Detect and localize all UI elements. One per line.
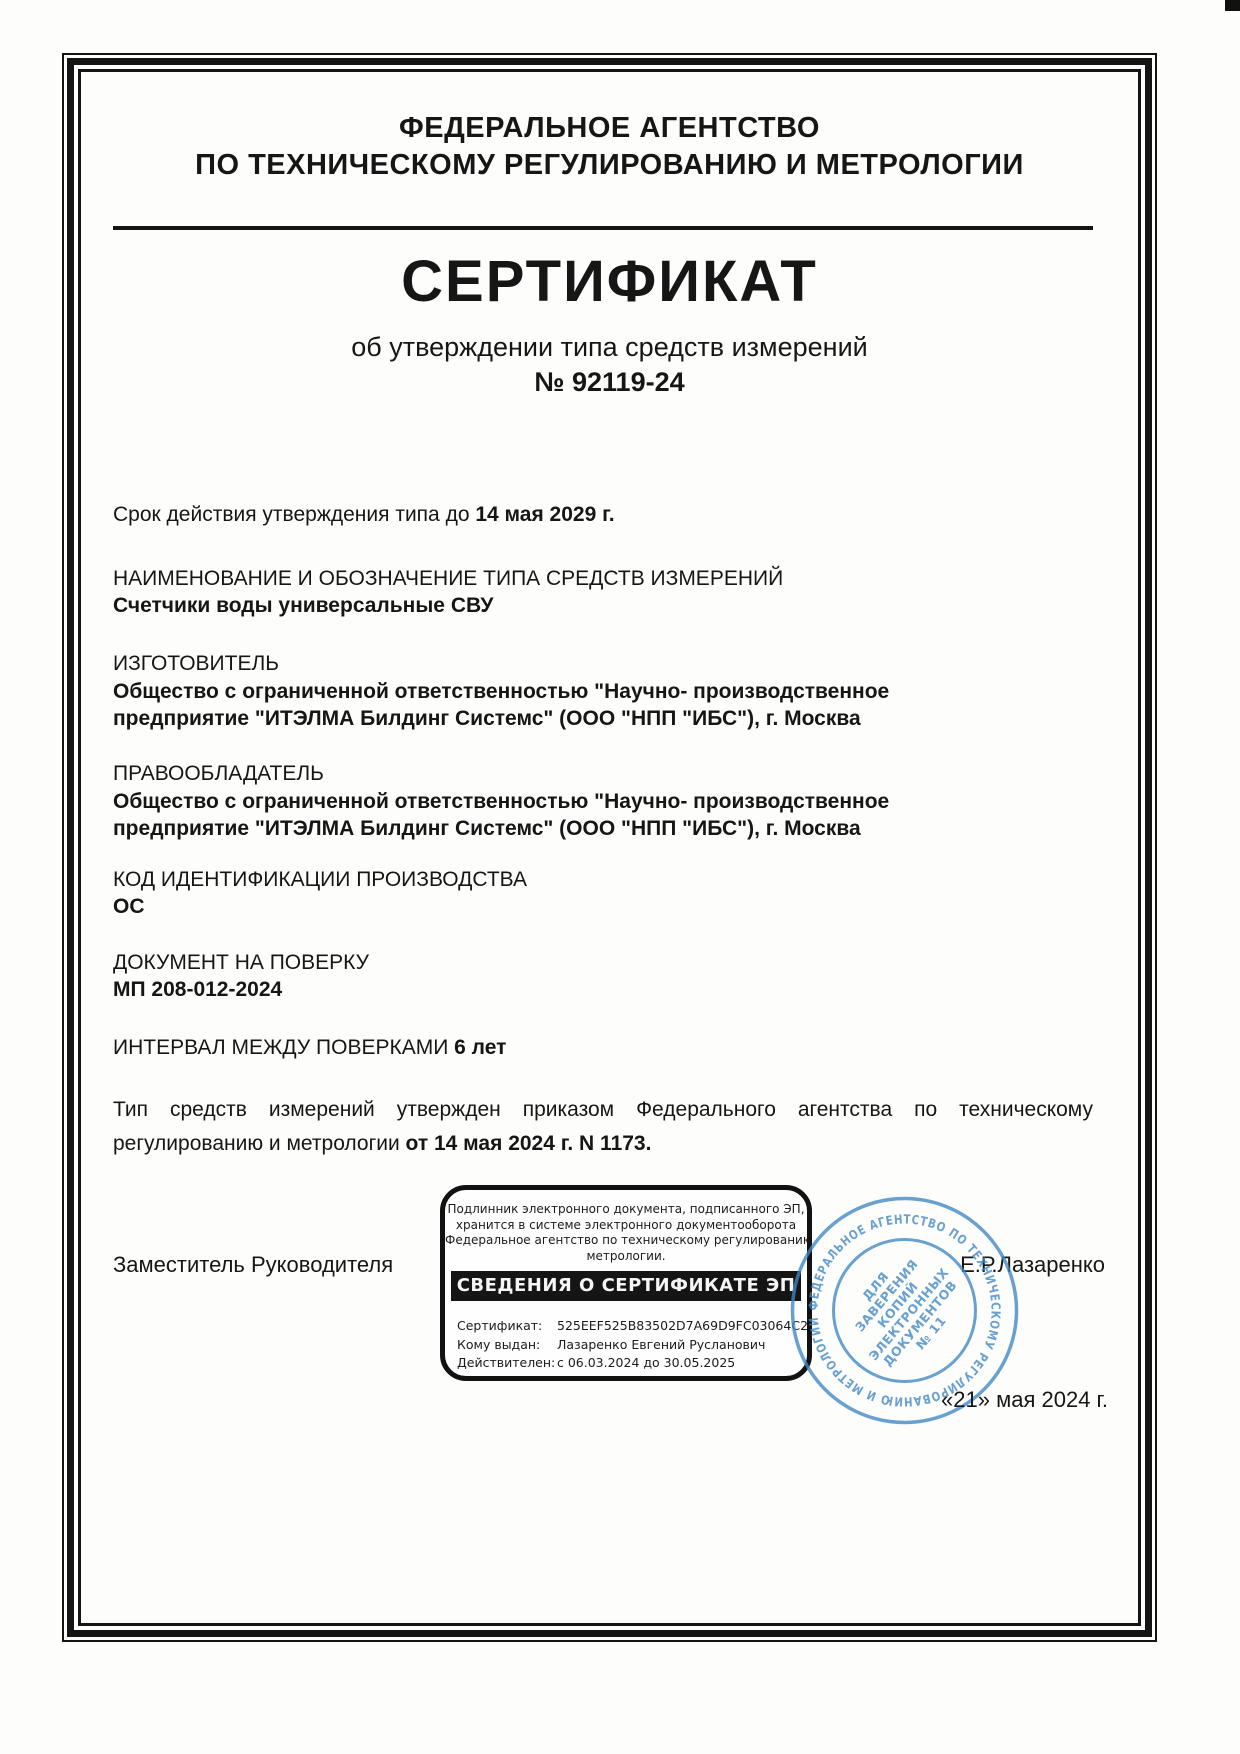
rightholder-line2: предприятие "ИТЭЛМА Билдинг Системс" (ОО… bbox=[113, 815, 1093, 842]
esignature-notice-line1: Подлинник электронного документа, подпис… bbox=[445, 1202, 807, 1218]
interval-value: 6 лет bbox=[454, 1036, 506, 1059]
esignature-notice-line4: метрологии. bbox=[445, 1249, 807, 1265]
esignature-notice-line3: Федеральное агентство по техническому ре… bbox=[445, 1233, 807, 1249]
scan-artifact-mark bbox=[1225, 0, 1240, 11]
esignature-row-valid: Действителен: с 06.03.2024 до 30.05.2025 bbox=[457, 1354, 807, 1373]
validity-line: Срок действия утверждения типа до 14 мая… bbox=[113, 501, 1093, 528]
agency-name-line1: ФЕДЕРАЛЬНОЕ АГЕНТСТВО bbox=[62, 112, 1157, 145]
section-value-rightholder: Общество с ограниченной ответственностью… bbox=[113, 788, 1093, 842]
section-label-verification-doc: ДОКУМЕНТ НА ПОВЕРКУ bbox=[113, 949, 1093, 976]
valid-period-label: Действителен: bbox=[457, 1354, 557, 1373]
esignature-notice-line2: хранится в системе электронного документ… bbox=[445, 1218, 807, 1234]
verification-interval-line: ИНТЕРВАЛ МЕЖДУ ПОВЕРКАМИ 6 лет bbox=[113, 1034, 1093, 1061]
esignature-notice: Подлинник электронного документа, подпис… bbox=[445, 1202, 807, 1264]
issued-to-label: Кому выдан: bbox=[457, 1336, 557, 1355]
esignature-info-box: Подлинник электронного документа, подпис… bbox=[440, 1185, 812, 1381]
certificate-page: ФЕДЕРАЛЬНОЕ АГЕНТСТВО ПО ТЕХНИЧЕСКОМУ РЕ… bbox=[0, 0, 1240, 1754]
certificate-id-value: 525EEF525B83502D7A69D9FC03064C2A bbox=[557, 1317, 812, 1336]
manufacturer-line2: предприятие "ИТЭЛМА Билдинг Системс" (ОО… bbox=[113, 705, 1093, 732]
esignature-row-certificate: Сертификат: 525EEF525B83502D7A69D9FC0306… bbox=[457, 1317, 807, 1336]
certificate-content: ФЕДЕРАЛЬНОЕ АГЕНТСТВО ПО ТЕХНИЧЕСКОМУ РЕ… bbox=[0, 0, 1240, 1754]
section-label-production-code: КОД ИДЕНТИФИКАЦИИ ПРОИЗВОДСТВА bbox=[113, 866, 1093, 893]
section-label-manufacturer: ИЗГОТОВИТЕЛЬ bbox=[113, 650, 1093, 677]
order-paragraph-line1: ТипсредствизмеренийутвержденприказомФеде… bbox=[113, 1098, 1093, 1122]
order-date-number: от 14 мая 2024 г. N 1173. bbox=[406, 1132, 652, 1155]
rightholder-line1: Общество с ограниченной ответственностью… bbox=[113, 788, 1093, 815]
signature-date: «21» мая 2024 г. bbox=[941, 1387, 1108, 1413]
header-divider bbox=[113, 226, 1093, 230]
section-value-designation: Счетчики воды универсальные СВУ bbox=[113, 592, 1093, 619]
section-label-rightholder: ПРАВООБЛАДАТЕЛЬ bbox=[113, 760, 1093, 787]
interval-text: ИНТЕРВАЛ МЕЖДУ ПОВЕРКАМИ bbox=[113, 1036, 454, 1059]
order-paragraph-line2: регулированию и метрологии от 14 мая 202… bbox=[113, 1132, 1093, 1156]
validity-text: Срок действия утверждения типа до bbox=[113, 503, 475, 526]
section-value-production-code: ОС bbox=[113, 893, 1093, 920]
order-text: регулированию и метрологии bbox=[113, 1132, 406, 1155]
section-label-designation: НАИМЕНОВАНИЕ И ОБОЗНАЧЕНИЕ ТИПА СРЕДСТВ … bbox=[113, 565, 1093, 592]
certificate-title: СЕРТИФИКАТ bbox=[62, 248, 1157, 315]
esignature-row-issued-to: Кому выдан: Лазаренко Евгений Русланович bbox=[457, 1336, 807, 1355]
validity-date: 14 мая 2029 г. bbox=[475, 503, 614, 526]
issued-to-value: Лазаренко Евгений Русланович bbox=[557, 1336, 765, 1355]
section-value-manufacturer: Общество с ограниченной ответственностью… bbox=[113, 678, 1093, 732]
agency-name-line2: ПО ТЕХНИЧЕСКОМУ РЕГУЛИРОВАНИЮ И МЕТРОЛОГ… bbox=[62, 149, 1157, 182]
section-value-verification-doc: МП 208-012-2024 bbox=[113, 976, 1093, 1003]
certificate-number: № 92119-24 bbox=[62, 367, 1157, 398]
esignature-certificate-header: СВЕДЕНИЯ О СЕРТИФИКАТЕ ЭП bbox=[451, 1271, 801, 1301]
manufacturer-line1: Общество с ограниченной ответственностью… bbox=[113, 678, 1093, 705]
certificate-subtitle: об утверждении типа средств измерений bbox=[62, 332, 1157, 363]
certificate-id-label: Сертификат: bbox=[457, 1317, 557, 1336]
signatory-position: Заместитель Руководителя bbox=[113, 1252, 393, 1278]
valid-period-value: с 06.03.2024 до 30.05.2025 bbox=[557, 1354, 735, 1373]
esignature-certificate-details: Сертификат: 525EEF525B83502D7A69D9FC0306… bbox=[457, 1317, 807, 1373]
